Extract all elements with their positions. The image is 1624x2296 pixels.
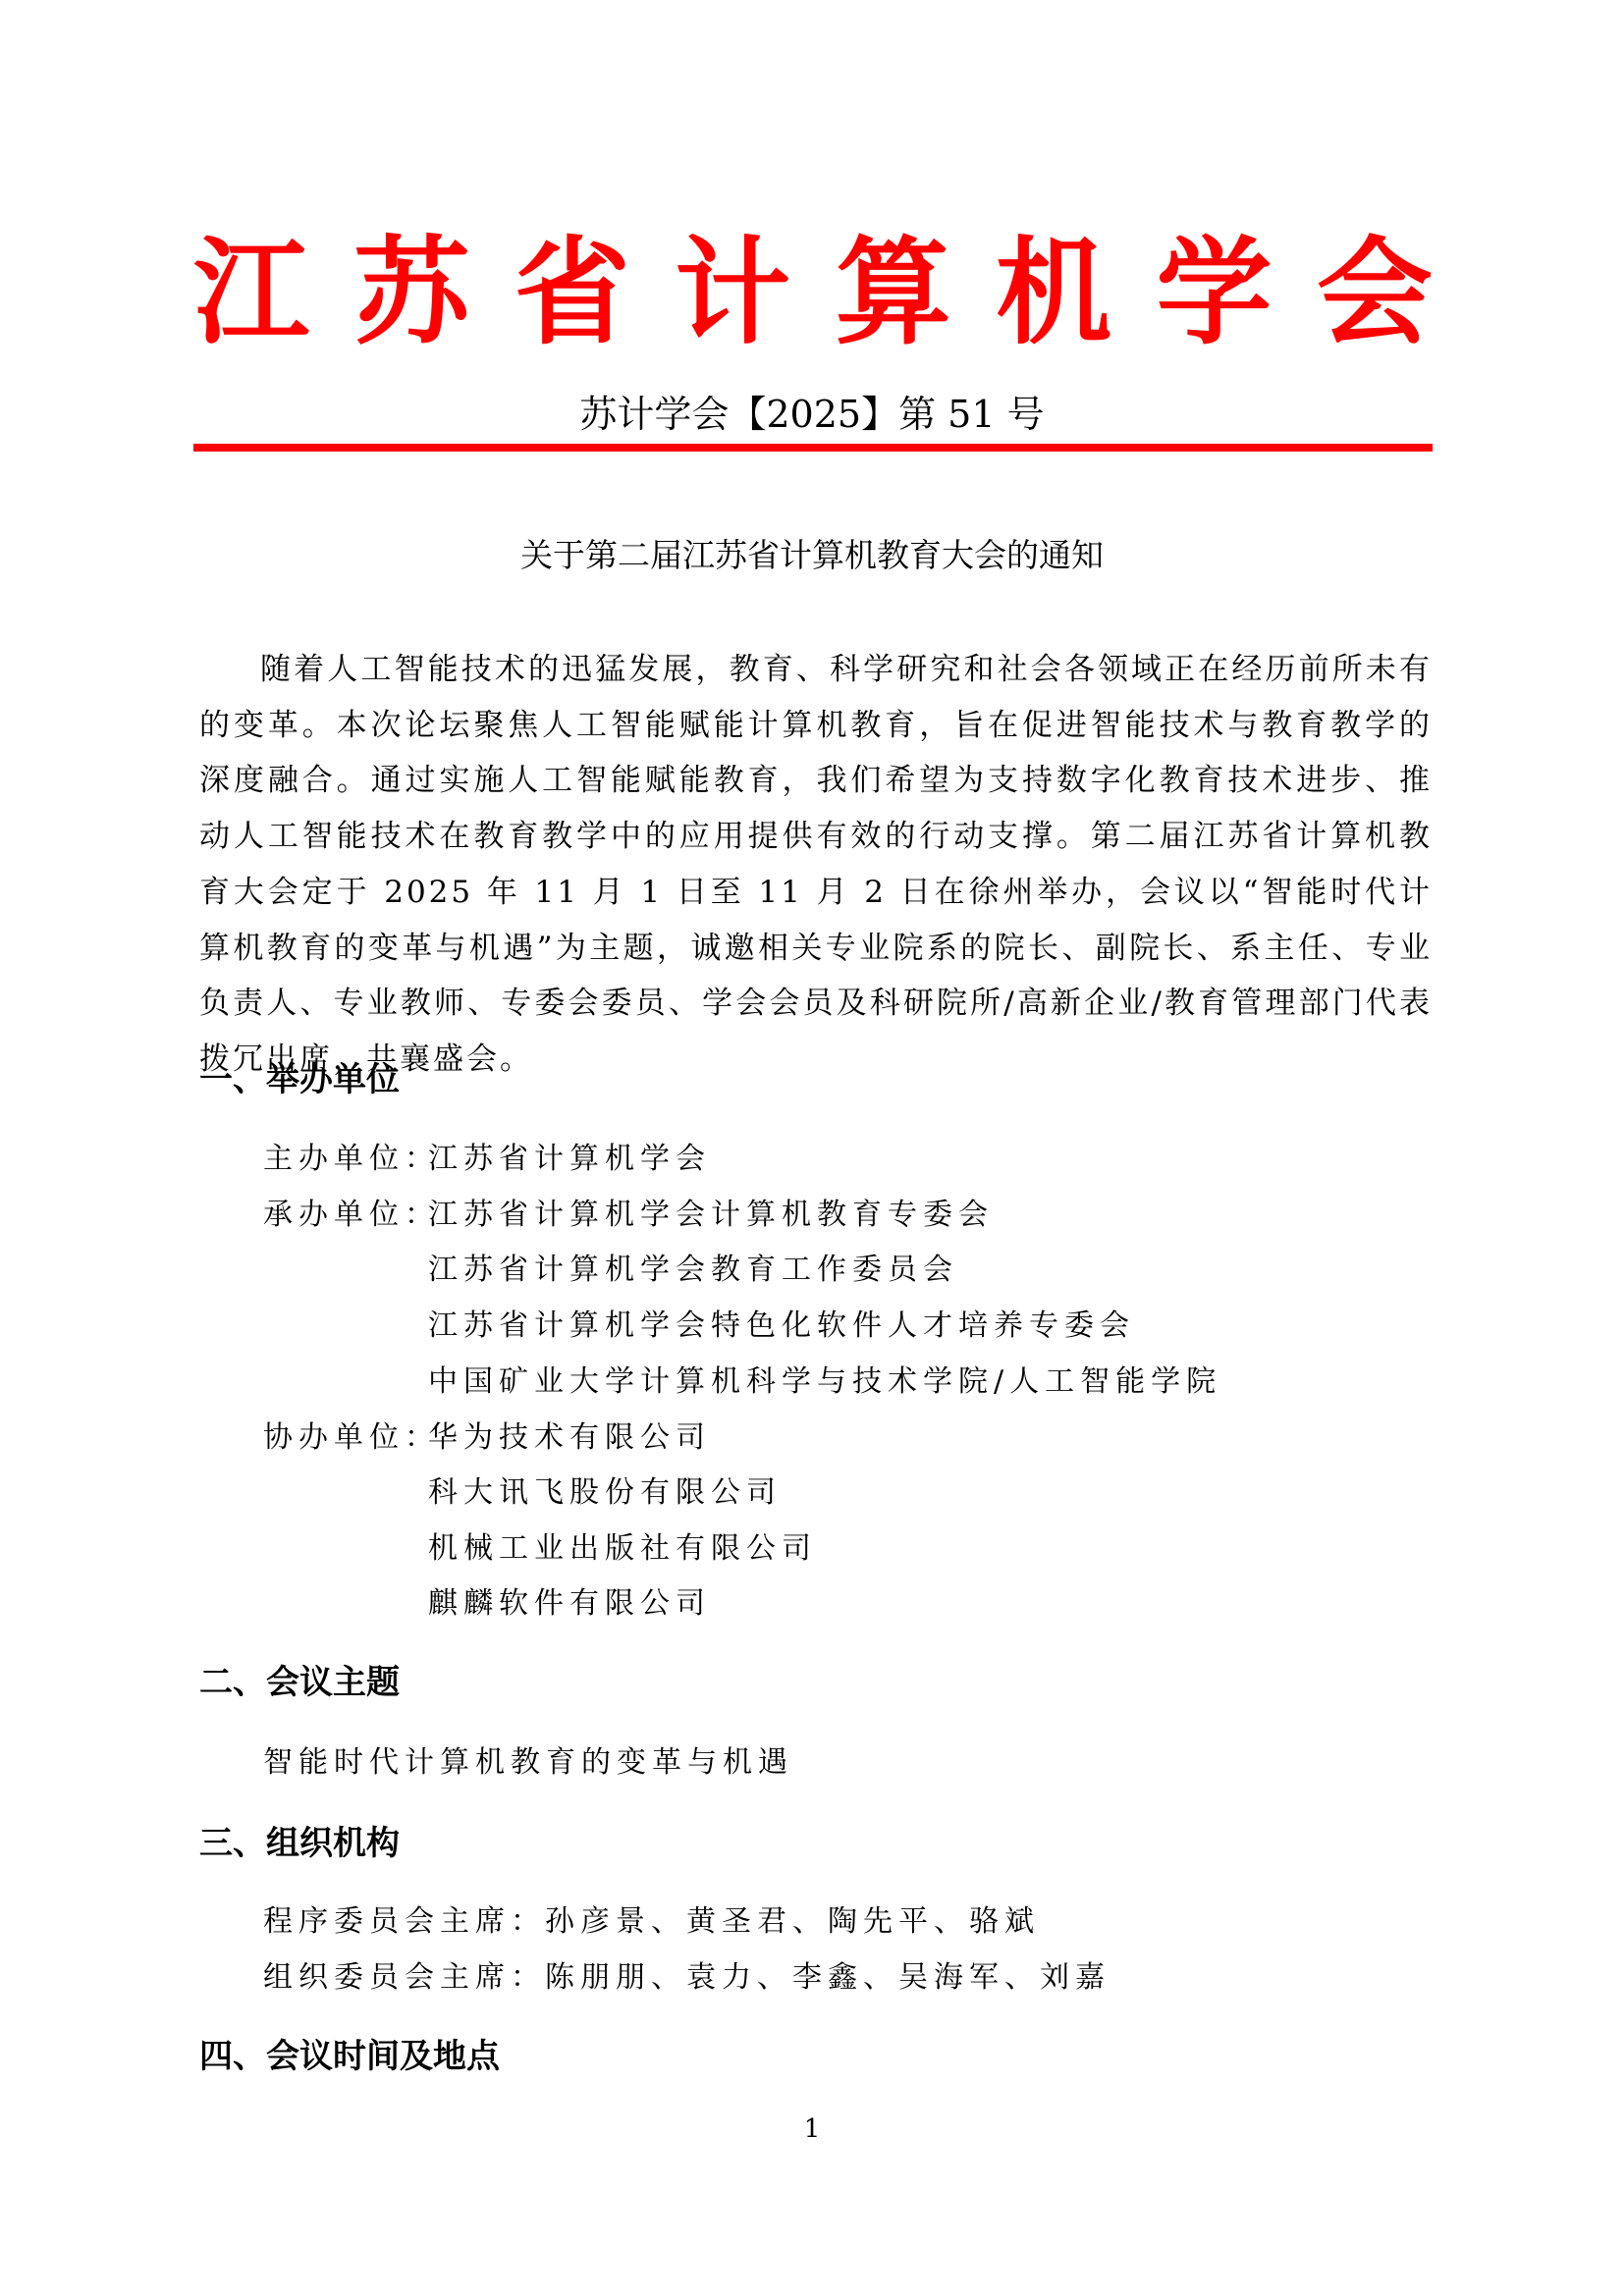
co-organizer-item: 麒麟软件有限公司 (428, 1582, 711, 1626)
masthead-char: 苏 (353, 224, 469, 361)
document-title: 关于第二届江苏省计算机教育大会的通知 (0, 532, 1624, 579)
masthead-char: 会 (1317, 224, 1433, 361)
program-chair-label: 程序委员会主席： (263, 1900, 546, 1944)
undertaker-item: 江苏省计算机学会特色化软件人才培养专委会 (428, 1305, 1135, 1348)
program-chairs: 孙彦景、黄圣君、陶先平、骆斌 (545, 1900, 1040, 1944)
section-heading-committee: 三、组织机构 (199, 1820, 400, 1867)
intro-paragraph: 随着人工智能技术的迅猛发展，教育、科学研究和社会各领域正在经历前所未有的变革。本… (199, 642, 1433, 1088)
section-heading-time-place: 四、会议时间及地点 (199, 2033, 500, 2080)
host-label: 主办单位： (263, 1138, 440, 1181)
masthead-char: 江 (193, 224, 309, 361)
undertaker-item: 江苏省计算机学会教育工作委员会 (428, 1249, 958, 1292)
masthead-char: 算 (836, 224, 951, 361)
undertaker-item: 中国矿业大学计算机科学与技术学院/人工智能学院 (428, 1361, 1221, 1404)
co-organizer-item: 华为技术有限公司 (428, 1416, 711, 1460)
page-number: 1 (0, 2112, 1624, 2146)
undertaker-item: 江苏省计算机学会计算机教育专委会 (428, 1194, 994, 1237)
masthead-char: 学 (1157, 224, 1272, 361)
co-organizer-item: 机械工业出版社有限公司 (428, 1527, 817, 1571)
co-organizer-item: 科大讯飞股份有限公司 (428, 1471, 782, 1515)
organizing-chairs: 陈朋朋、袁力、李鑫、吴海军、刘嘉 (545, 1956, 1110, 2000)
intro-paragraph-text: 随着人工智能技术的迅猛发展，教育、科学研究和社会各领域正在经历前所未有的变革。本… (199, 642, 1433, 1088)
masthead-title: 江 苏 省 计 算 机 学 会 (193, 224, 1433, 361)
masthead-char: 省 (514, 224, 630, 361)
section-heading-organizers: 一、举办单位 (199, 1056, 400, 1103)
section-heading-theme: 二、会议主题 (199, 1659, 400, 1706)
document-number: 苏计学会【2025】第 51 号 (0, 389, 1624, 440)
co-organizer-label: 协办单位： (263, 1416, 440, 1460)
host-item: 江苏省计算机学会 (428, 1138, 711, 1181)
organizing-chair-label: 组织委员会主席： (263, 1956, 546, 2000)
undertaker-label: 承办单位： (263, 1194, 440, 1237)
theme-text: 智能时代计算机教育的变革与机遇 (263, 1741, 793, 1785)
red-divider (193, 444, 1433, 452)
masthead-char: 计 (675, 224, 790, 361)
masthead-char: 机 (996, 224, 1111, 361)
